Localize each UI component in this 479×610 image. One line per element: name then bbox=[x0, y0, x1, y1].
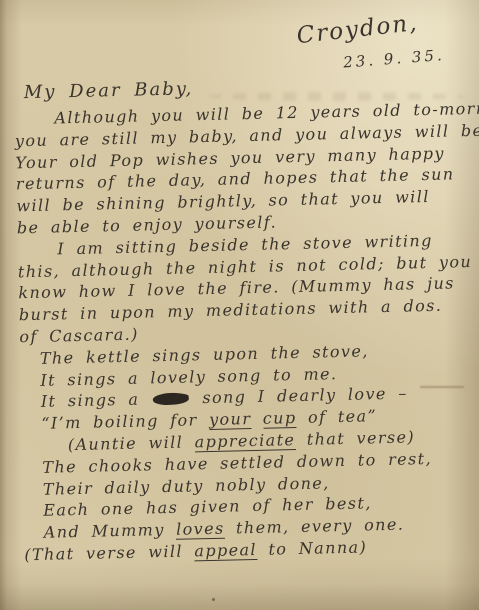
letter-content: Croydon, 23. 9. 35. My Dear Baby, Althou… bbox=[0, 0, 479, 610]
line-text: (Auntie will bbox=[68, 432, 195, 454]
underlined-word: cup bbox=[263, 408, 297, 429]
line-text: And Mummy bbox=[44, 520, 177, 542]
underlined-word: appeal bbox=[194, 540, 257, 561]
letter-page: Croydon, 23. 9. 35. My Dear Baby, Althou… bbox=[0, 0, 479, 610]
line-text bbox=[251, 409, 263, 428]
line-text: of Cascara.) bbox=[19, 325, 139, 347]
line-text: that verse) bbox=[295, 427, 415, 449]
letter-body: Although you will be 12 years old to-mor… bbox=[14, 98, 479, 566]
underlined-word: loves bbox=[176, 519, 225, 540]
letter-place: Croydon, bbox=[295, 10, 419, 49]
line-text: of tea” bbox=[296, 406, 377, 427]
underlined-word: your bbox=[209, 409, 252, 430]
line-text: “I’m boiling for bbox=[41, 410, 209, 433]
letter-date: 23. 9. 35. bbox=[343, 46, 446, 72]
line-text: (That verse will bbox=[24, 541, 195, 564]
underlined-word: appreciate bbox=[194, 430, 295, 452]
line-text: song I dearly love – bbox=[191, 384, 408, 408]
line-text: It sings a bbox=[41, 390, 151, 411]
letter-salutation: My Dear Baby, bbox=[24, 78, 194, 103]
line-text: them, every one. bbox=[224, 515, 404, 538]
scribbled-out-word bbox=[152, 392, 189, 407]
line-text: to Nanna) bbox=[257, 537, 368, 558]
